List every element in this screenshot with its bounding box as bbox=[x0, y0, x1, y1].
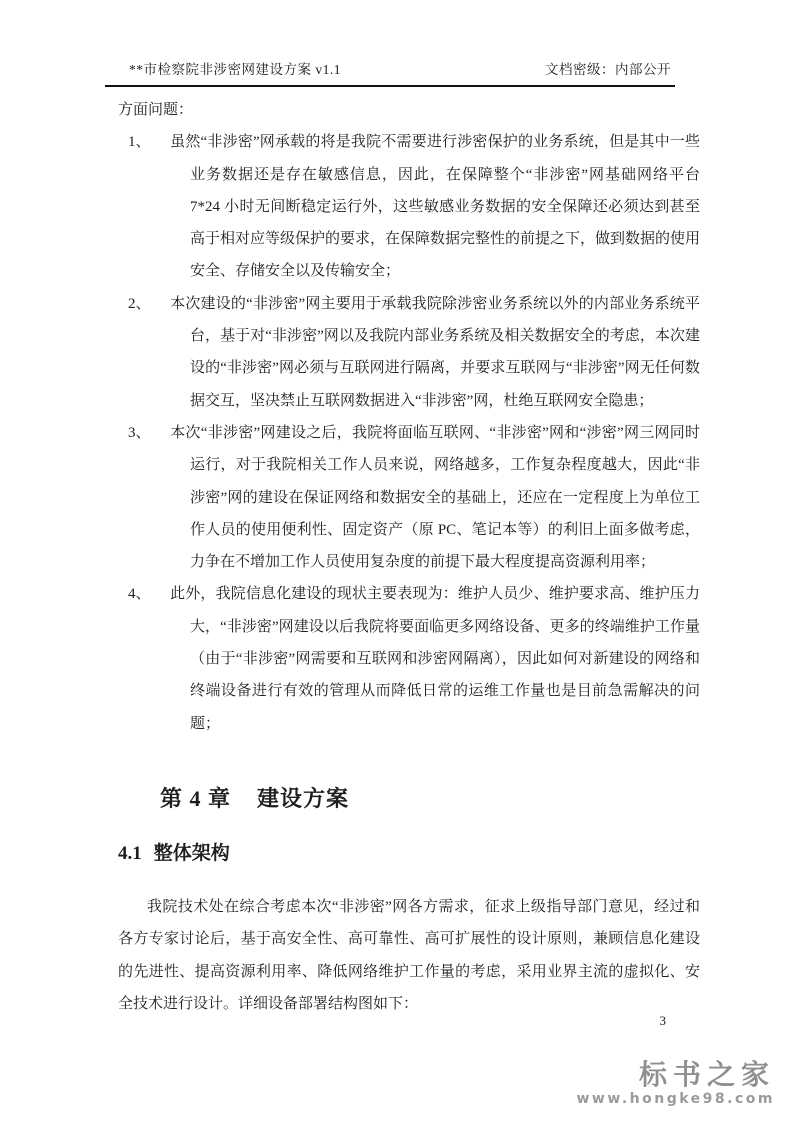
chapter-heading: 第 4 章建设方案 bbox=[160, 784, 700, 814]
section-title: 整体架构 bbox=[154, 843, 230, 864]
list-item: 4、此外，我院信息化建设的现状主要表现为：维护人员少、维护要求高、维护压力大，“… bbox=[190, 578, 700, 739]
list-item: 1、虽然“非涉密”网承载的将是我院不需要进行涉密保护的业务系统，但是其中一些业务… bbox=[190, 126, 700, 287]
document-body: 方面问题： 1、虽然“非涉密”网承载的将是我院不需要进行涉密保护的业务系统，但是… bbox=[118, 94, 700, 1020]
list-item-text: 本次建设的“非涉密”网主要用于承载我院除涉密业务系统以外的内部业务系统平台，基于… bbox=[170, 296, 700, 409]
section-number: 4.1 bbox=[118, 843, 142, 864]
watermark-logo-text: 标书之家 bbox=[576, 1060, 775, 1090]
list-item-number: 1、 bbox=[128, 126, 170, 158]
list-item-text: 本次“非涉密”网建设之后，我院将面临互联网、“非涉密”网和“涉密”网三网同时运行… bbox=[170, 425, 700, 570]
section-heading: 4.1整体架构 bbox=[118, 840, 700, 867]
list-item-number: 4、 bbox=[128, 578, 170, 610]
page-header: **市检察院非涉密网建设方案 v1.1 文档密级：内部公开 bbox=[105, 58, 675, 87]
list-item-number: 3、 bbox=[128, 417, 170, 449]
list-item-number: 2、 bbox=[128, 288, 170, 320]
chapter-title: 建设方案 bbox=[257, 786, 349, 811]
list-item: 3、本次“非涉密”网建设之后，我院将面临互联网、“非涉密”网和“涉密”网三网同时… bbox=[190, 417, 700, 578]
list-item-text: 虽然“非涉密”网承载的将是我院不需要进行涉密保护的业务系统，但是其中一些业务数据… bbox=[170, 134, 700, 279]
header-classification: 文档密级：内部公开 bbox=[545, 58, 675, 78]
list-item-text: 此外，我院信息化建设的现状主要表现为：维护人员少、维护要求高、维护压力大，“非涉… bbox=[170, 586, 700, 731]
body-paragraph: 我院技术处在综合考虑本次“非涉密”网各方需求，征求上级指导部门意见，经过和各方专… bbox=[118, 891, 700, 1020]
watermark-url: www.hongke98.com bbox=[576, 1091, 775, 1108]
list-item: 2、本次建设的“非涉密”网主要用于承载我院除涉密业务系统以外的内部业务系统平台，… bbox=[190, 288, 700, 417]
chapter-label: 第 4 章 bbox=[160, 786, 231, 811]
page-number: 3 bbox=[660, 1013, 667, 1029]
document-page: **市检察院非涉密网建设方案 v1.1 文档密级：内部公开 方面问题： 1、虽然… bbox=[0, 0, 793, 1122]
paragraph-intro: 方面问题： bbox=[118, 94, 700, 126]
header-document-title: **市检察院非涉密网建设方案 v1.1 bbox=[105, 58, 341, 78]
watermark: 标书之家 www.hongke98.com bbox=[576, 1060, 775, 1108]
numbered-list: 1、虽然“非涉密”网承载的将是我院不需要进行涉密保护的业务系统，但是其中一些业务… bbox=[118, 126, 700, 740]
